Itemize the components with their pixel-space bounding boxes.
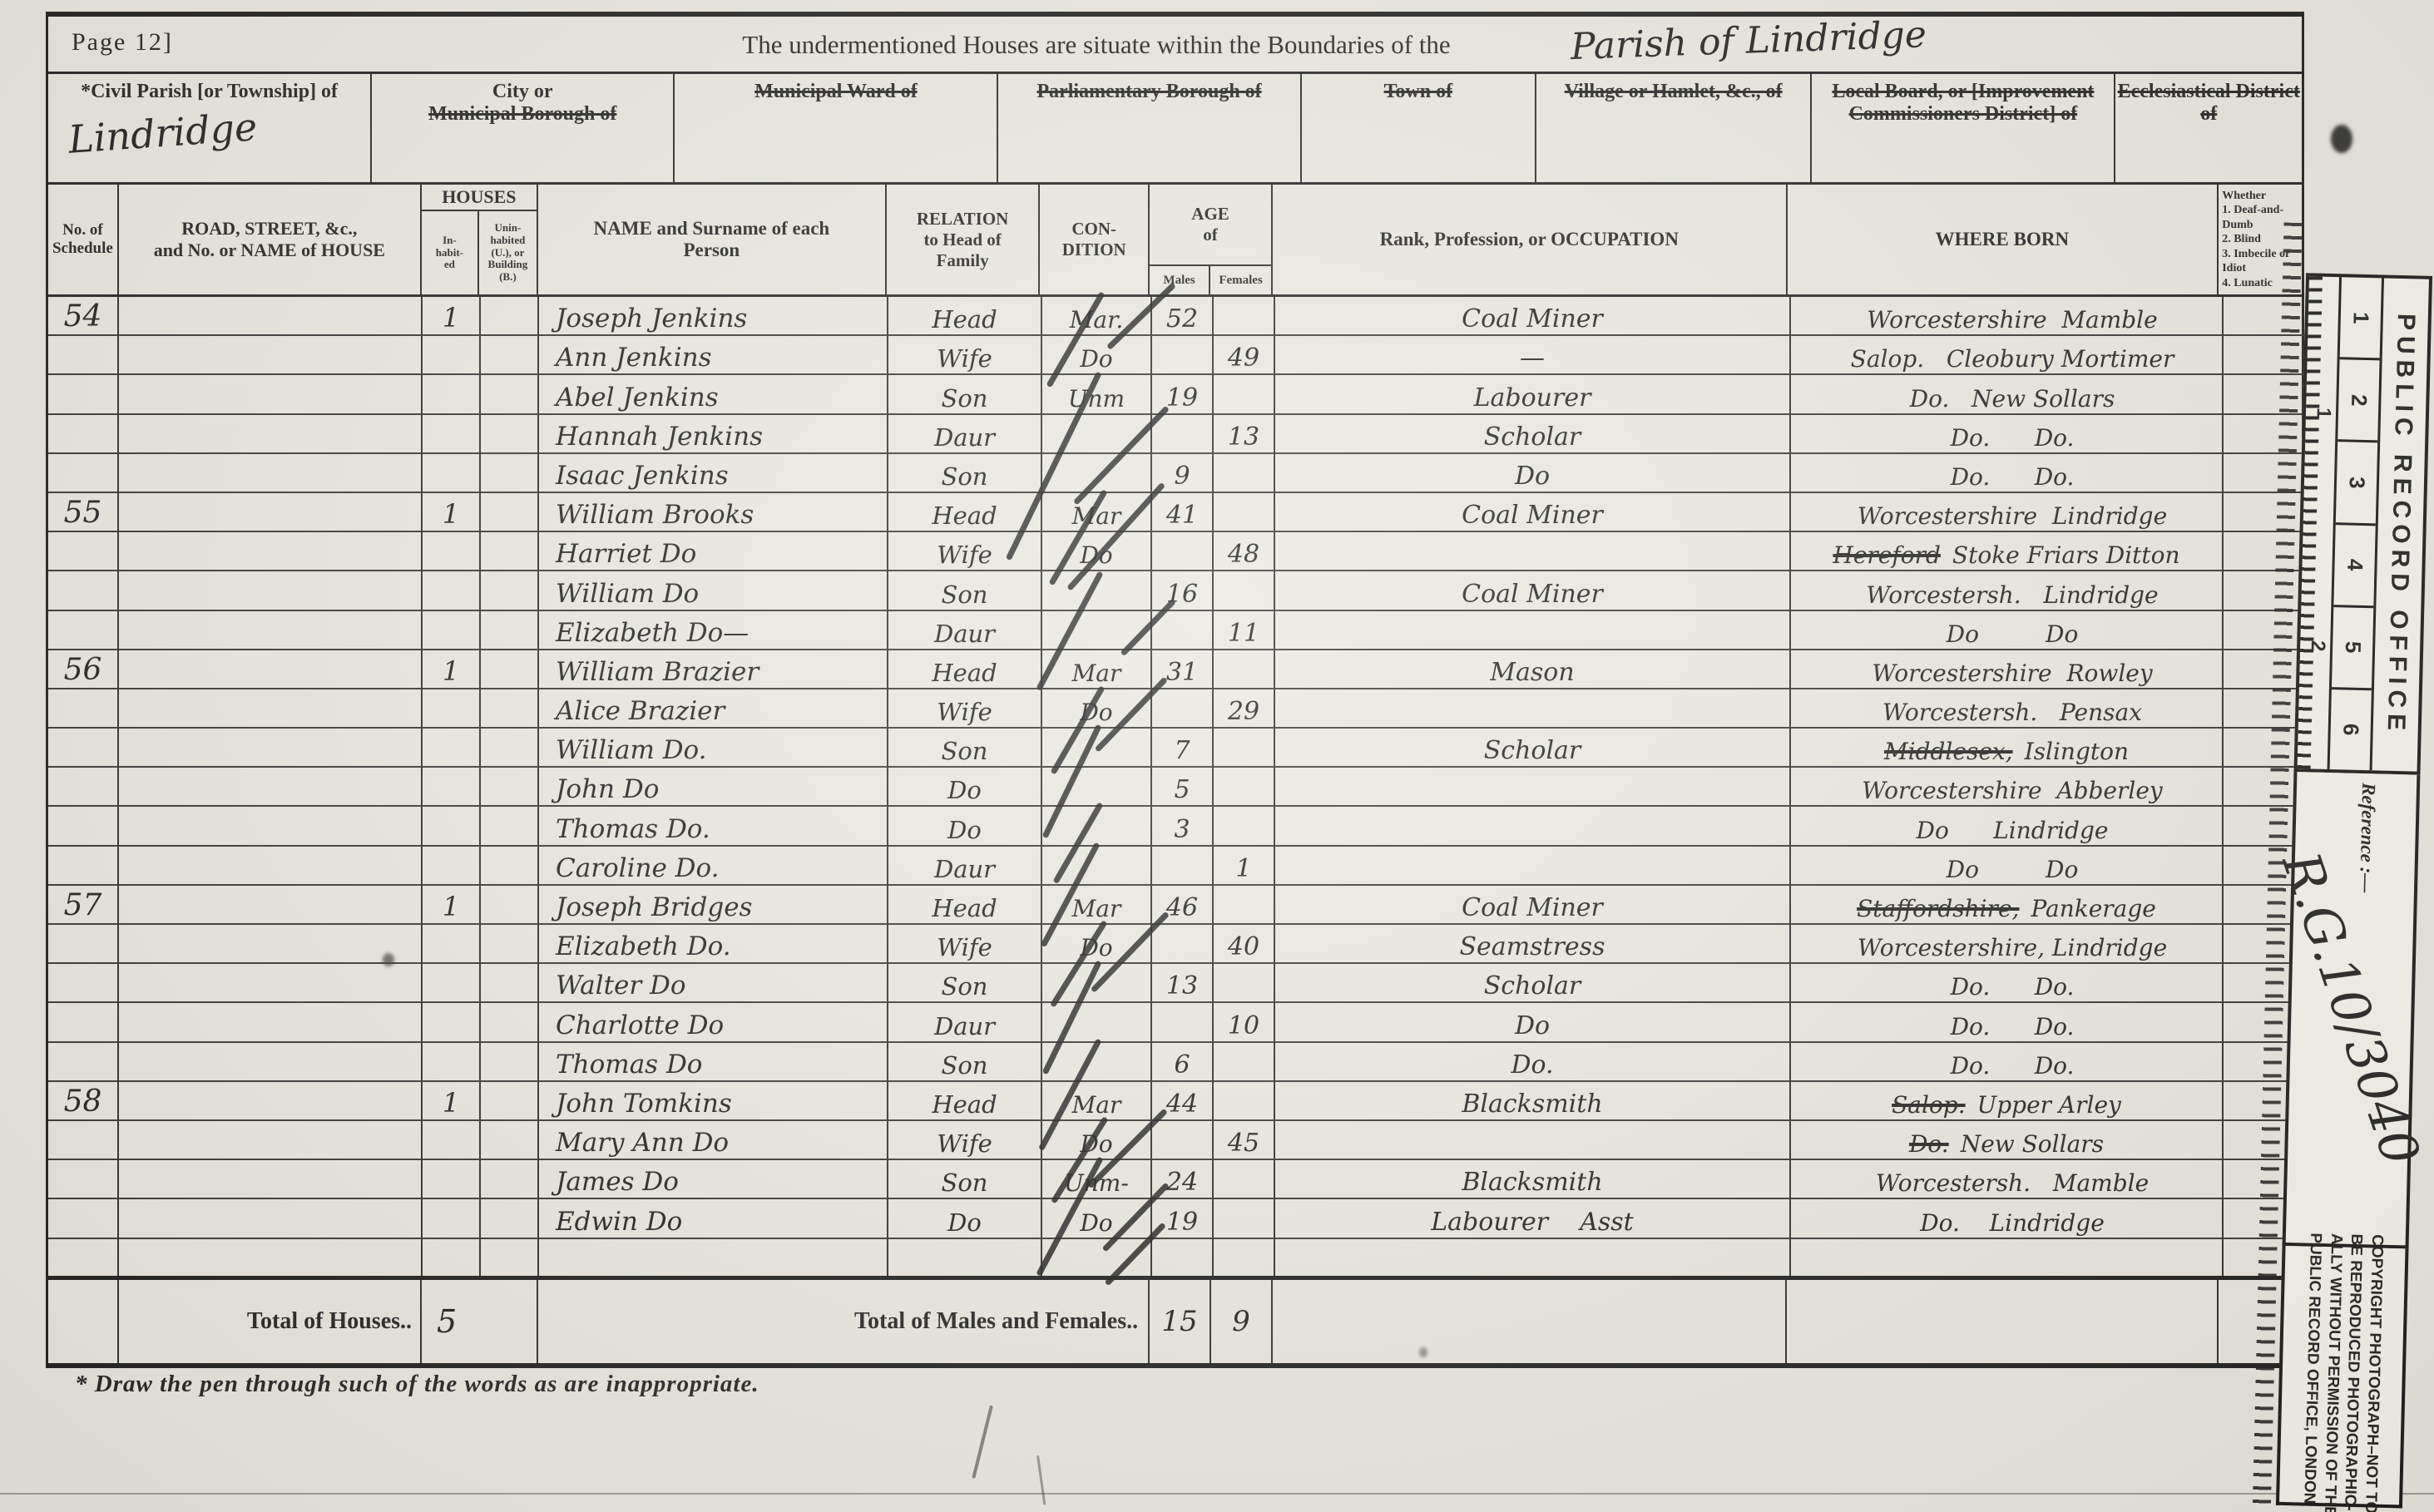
- cell-schedule: [48, 847, 119, 886]
- cell-road: [119, 807, 423, 846]
- where-born-text: Do Lindridge: [1917, 817, 2109, 844]
- total-mf-label: Total of Males and Females..: [538, 1280, 1150, 1363]
- totals-born-cell: [1787, 1280, 2219, 1363]
- cell-schedule: [48, 1003, 119, 1042]
- pro-office-label: PUBLIC RECORD OFFICE: [2382, 314, 2420, 737]
- where-born-text: Worcestershire Lindridge: [1858, 502, 2167, 530]
- cell-relation: Son: [888, 571, 1042, 610]
- cell-where-born: Do Do: [1791, 847, 2224, 886]
- header-name: NAME and Surname of each Person: [538, 185, 887, 294]
- cell-uninhabited: [481, 611, 539, 650]
- cell-age-males: 52: [1152, 297, 1214, 336]
- cell-relation: Daur: [888, 415, 1042, 454]
- cell-relation: Son: [888, 1043, 1042, 1082]
- cell-uninhabited: [481, 297, 539, 336]
- cell-age-males: [1152, 336, 1214, 375]
- cell-filler: [423, 1239, 481, 1277]
- cell-name: Joseph Bridges: [539, 886, 888, 925]
- cell-inhabited: [423, 689, 481, 729]
- cell-inhabited: [423, 454, 481, 493]
- cell-occupation: [1275, 1121, 1791, 1160]
- where-born-text: Upper Arley: [1977, 1091, 2121, 1119]
- cell-occupation: Coal Miner: [1275, 886, 1791, 925]
- where-born-struck: Staffordshire,: [1857, 895, 2019, 922]
- where-born-text: Worcestershire, Lindridge: [1858, 934, 2167, 961]
- cell-schedule: [48, 729, 119, 768]
- cell-relation: Head: [888, 1082, 1042, 1121]
- geo-label-struck: Town of: [1302, 81, 1535, 103]
- cell-filler: [119, 1239, 423, 1277]
- cell-schedule: [48, 454, 119, 493]
- cell-occupation: [1275, 611, 1791, 650]
- geo-label-struck: Village or Hamlet, &c., of: [1536, 81, 1810, 103]
- cell-filler: [1791, 1239, 2224, 1277]
- cell-occupation: Seamstress: [1275, 925, 1791, 964]
- stamp-cell-1: 1: [2340, 277, 2382, 360]
- cell-occupation: [1275, 807, 1791, 846]
- cell-age-males: 5: [1152, 768, 1214, 807]
- cell-road: [119, 493, 423, 532]
- where-born-text: Salop. Cleobury Mortimer: [1851, 345, 2174, 373]
- cell-age-males: 19: [1152, 1199, 1214, 1238]
- cell-road: [119, 336, 423, 375]
- header-occupation: Rank, Profession, or OCCUPATION: [1273, 185, 1787, 294]
- cell-occupation: Blacksmith: [1275, 1082, 1791, 1121]
- cell-occupation: Do.: [1275, 1043, 1791, 1082]
- cell-inhabited: [423, 1043, 481, 1082]
- cell-filler: [481, 1239, 539, 1277]
- footnote: * Draw the pen through such of the words…: [75, 1371, 759, 1398]
- total-houses-label: Total of Houses..: [119, 1280, 422, 1363]
- cell-age-males: [1152, 847, 1214, 886]
- cell-name: Caroline Do.: [539, 847, 888, 886]
- cell-occupation: Coal Miner: [1275, 571, 1791, 610]
- where-born-struck: Salop.: [1892, 1091, 1966, 1119]
- geo-label-plain: *Civil Parish [or Township] of: [48, 81, 370, 103]
- header-relation: RELATION to Head of Family: [887, 185, 1041, 294]
- reference-label: Reference :—: [2355, 783, 2379, 893]
- cell-age-females: [1214, 886, 1275, 925]
- totals-schedule-cell: [48, 1280, 119, 1363]
- cell-age-females: [1214, 964, 1275, 1003]
- cell-occupation: [1275, 689, 1791, 729]
- stamp-cell-number: 1: [2347, 311, 2373, 324]
- geo-field-5: Village or Hamlet, &c., of: [1536, 74, 1812, 182]
- cell-where-born: Worcestershire Abberley: [1791, 768, 2224, 807]
- stamp-cell-number: 5: [2339, 641, 2365, 654]
- cell-road: [119, 532, 423, 571]
- cell-name: William Brazier: [539, 650, 888, 689]
- cell-where-born: Middlesex,Islington: [1791, 729, 2224, 768]
- cell-where-born: Do. Do.: [1791, 1043, 2224, 1082]
- cell-occupation: Scholar: [1275, 415, 1791, 454]
- cell-schedule: [48, 807, 119, 846]
- pro-office-box: 1 2 123456 PUBLIC RECORD OFFICE: [2293, 273, 2432, 775]
- cell-uninhabited: [481, 886, 539, 925]
- cell-road: [119, 375, 423, 414]
- geo-field-3: Parliamentary Borough of: [998, 74, 1301, 182]
- where-born-text: Worcestersh. Lindridge: [1866, 581, 2158, 609]
- cell-name: Mary Ann Do: [539, 1121, 888, 1160]
- cell-relation: Wife: [888, 689, 1042, 729]
- cell-age-males: [1152, 415, 1214, 454]
- cell-schedule: [48, 1199, 119, 1238]
- cell-name: Thomas Do.: [539, 807, 888, 846]
- cell-inhabited: [423, 768, 481, 807]
- cell-name: Alice Brazier: [539, 689, 888, 729]
- cell-age-females: 29: [1214, 689, 1275, 729]
- cell-where-born: Worcestersh. Pensax: [1791, 689, 2224, 729]
- geo-field-2: Municipal Ward of: [675, 74, 998, 182]
- cell-age-males: 3: [1152, 807, 1214, 846]
- cell-uninhabited: [481, 415, 539, 454]
- stamp-cell-number: 6: [2338, 724, 2363, 736]
- totals-row: Total of Houses.. 5 Total of Males and F…: [48, 1276, 2302, 1363]
- cell-where-born: Do. Lindridge: [1791, 1199, 2224, 1238]
- cell-road: [119, 571, 423, 610]
- cell-schedule: 55: [48, 493, 119, 532]
- where-born-text: Do Do: [1947, 856, 2079, 883]
- cell-name: James Do: [539, 1160, 888, 1199]
- cell-uninhabited: [481, 1121, 539, 1160]
- cell-where-born: Salop.Upper Arley: [1791, 1082, 2224, 1121]
- cell-road: [119, 1003, 423, 1042]
- cell-road: [119, 415, 423, 454]
- cell-uninhabited: [481, 1199, 539, 1238]
- header-where-born: WHERE BORN: [1788, 185, 2219, 294]
- cell-road: [119, 1199, 423, 1238]
- cell-inhabited: 1: [423, 886, 481, 925]
- header-uninhabited: Unin- habited (U.), or Building (B.): [479, 211, 537, 294]
- header-schedule: No. of Schedule: [48, 185, 119, 294]
- where-born-text: Worcestershire Rowley: [1872, 660, 2152, 687]
- cell-where-born: Do. Do.: [1791, 1003, 2224, 1042]
- cell-where-born: Worcestershire Rowley: [1791, 650, 2224, 689]
- total-houses-value: 5: [422, 1280, 538, 1363]
- cell-age-females: [1214, 375, 1275, 414]
- cell-name: Hannah Jenkins: [539, 415, 888, 454]
- stamp-cell-6: 6: [2330, 689, 2372, 770]
- cell-uninhabited: [481, 493, 539, 532]
- where-born-text: Worcestershire Abberley: [1862, 777, 2162, 804]
- header-road: ROAD, STREET, &c., and No. or NAME of HO…: [119, 185, 422, 294]
- where-born-text: Islington: [2025, 738, 2129, 765]
- cell-uninhabited: [481, 768, 539, 807]
- cell-name: Charlotte Do: [539, 1003, 888, 1042]
- cell-age-males: 41: [1152, 493, 1214, 532]
- where-born-text: Do. Do.: [1951, 1052, 2075, 1080]
- where-born-text: Stoke Friars Ditton: [1952, 541, 2180, 569]
- cell-age-males: [1152, 1003, 1214, 1042]
- cell-disability: [2224, 611, 2307, 650]
- cell-schedule: [48, 532, 119, 571]
- stamp-cell-4: 4: [2333, 525, 2375, 608]
- cell-age-females: [1214, 1043, 1275, 1082]
- where-born-text: Do. Do.: [1951, 1013, 2075, 1040]
- where-born-text: Worcestersh. Pensax: [1882, 699, 2142, 726]
- cell-age-females: [1214, 807, 1275, 846]
- cell-uninhabited: [481, 571, 539, 610]
- cell-schedule: [48, 336, 119, 375]
- cell-schedule: 58: [48, 1082, 119, 1121]
- where-born-text: Do. New Sollars: [1910, 385, 2115, 413]
- ink-smudge: [1419, 1347, 1427, 1357]
- header-houses-title: HOUSES: [422, 185, 537, 211]
- cell-age-females: [1214, 1082, 1275, 1121]
- geo-label-struck: Municipal Ward of: [675, 81, 997, 103]
- cell-inhabited: [423, 925, 481, 964]
- cell-name: John Do: [539, 768, 888, 807]
- header-condition: CON- DITION: [1040, 185, 1150, 294]
- stamp-cell-5: 5: [2332, 607, 2373, 690]
- cell-schedule: 54: [48, 297, 119, 336]
- cell-schedule: [48, 1043, 119, 1082]
- cell-relation: Son: [888, 1160, 1042, 1199]
- cell-where-born: Do. New Sollars: [1791, 375, 2224, 414]
- stamp-cell-number: 2: [2346, 393, 2372, 406]
- copyright-box: COPYRIGHT PHOTOGRAPH–NOT TO BE REPRODUCE…: [2276, 1246, 2409, 1509]
- cell-relation: Head: [888, 886, 1042, 925]
- cell-road: [119, 1121, 423, 1160]
- cell-relation: Daur: [888, 611, 1042, 650]
- where-born-text: Worcestersh. Mamble: [1876, 1169, 2149, 1197]
- geo-handwritten-value: Lindridge: [67, 104, 258, 162]
- header-males: Males: [1150, 266, 1210, 294]
- where-born-struck: Middlesex,: [1884, 738, 2013, 765]
- cell-name: Elizabeth Do.: [539, 925, 888, 964]
- cell-name: Abel Jenkins: [539, 375, 888, 414]
- copyright-text: COPYRIGHT PHOTOGRAPH–NOT TO BE REPRODUCE…: [2298, 1233, 2387, 1512]
- cell-road: [119, 964, 423, 1003]
- form-title: The undermentioned Houses are situate wi…: [585, 30, 1608, 60]
- cell-where-born: Salop. Cleobury Mortimer: [1791, 336, 2224, 375]
- cell-road: [119, 650, 423, 689]
- header-age: AGE of Males Females: [1150, 185, 1273, 294]
- cell-relation: Daur: [888, 847, 1042, 886]
- ruler-number: 2: [2306, 640, 2329, 652]
- cell-occupation: Labourer: [1275, 375, 1791, 414]
- cell-relation: Head: [888, 650, 1042, 689]
- header-houses: HOUSES In- habit- ed Unin- habited (U.),…: [422, 185, 538, 294]
- cell-inhabited: [423, 1199, 481, 1238]
- stray-pen-mark: [972, 1406, 993, 1479]
- cell-occupation: —: [1275, 336, 1791, 375]
- cell-inhabited: [423, 807, 481, 846]
- ruler-number: 1: [2312, 408, 2335, 419]
- cell-occupation: Do: [1275, 454, 1791, 493]
- stamp-cell-number: 3: [2343, 477, 2369, 489]
- cell-where-born: Do Lindridge: [1791, 807, 2224, 846]
- cell-age-females: [1214, 1160, 1275, 1199]
- cell-uninhabited: [481, 650, 539, 689]
- cell-occupation: Mason: [1275, 650, 1791, 689]
- cell-age-females: 13: [1214, 415, 1275, 454]
- cell-occupation: Labourer Asst: [1275, 1199, 1791, 1238]
- cell-where-born: Worcestershire Mamble: [1791, 297, 2224, 336]
- cell-occupation: [1275, 768, 1791, 807]
- cell-relation: Do: [888, 807, 1042, 846]
- cell-where-born: HerefordStoke Friars Ditton: [1791, 532, 2224, 571]
- geo-label-struck: Municipal Borough of: [372, 103, 673, 126]
- cell-road: [119, 1160, 423, 1199]
- cell-relation: Son: [888, 454, 1042, 493]
- cell-occupation: Do: [1275, 1003, 1791, 1042]
- cell-filler: [539, 1239, 888, 1277]
- cell-relation: Do: [888, 1199, 1042, 1238]
- where-born-text: Do. Lindridge: [1920, 1209, 2105, 1237]
- cell-relation: Head: [888, 493, 1042, 532]
- cell-uninhabited: [481, 689, 539, 729]
- cell-name: Ann Jenkins: [539, 336, 888, 375]
- cell-age-females: [1214, 454, 1275, 493]
- cell-uninhabited: [481, 925, 539, 964]
- census-form: Page 12] The undermentioned Houses are s…: [46, 12, 2304, 1368]
- where-born-text: Worcestershire Mamble: [1867, 306, 2157, 334]
- cell-road: [119, 297, 423, 336]
- cell-name: William Brooks: [539, 493, 888, 532]
- cell-occupation: Coal Miner: [1275, 493, 1791, 532]
- cell-age-females: 40: [1214, 925, 1275, 964]
- cell-schedule: [48, 768, 119, 807]
- cell-inhabited: 1: [423, 650, 481, 689]
- cell-name: Isaac Jenkins: [539, 454, 888, 493]
- cell-inhabited: [423, 847, 481, 886]
- where-born-text: Do. Do.: [1951, 424, 2075, 452]
- cell-road: [119, 1082, 423, 1121]
- cell-age-females: [1214, 1199, 1275, 1238]
- cell-occupation: Blacksmith: [1275, 1160, 1791, 1199]
- header-inhabited: In- habit- ed: [422, 211, 479, 294]
- cell-inhabited: [423, 964, 481, 1003]
- cell-road: [119, 886, 423, 925]
- cell-uninhabited: [481, 964, 539, 1003]
- cell-inhabited: [423, 415, 481, 454]
- cell-inhabited: [423, 336, 481, 375]
- cell-filler: [888, 1239, 1042, 1277]
- cell-age-females: [1214, 650, 1275, 689]
- where-born-text: Do. Do.: [1951, 463, 2075, 491]
- page-edge-line: [0, 1493, 2434, 1495]
- cell-where-born: Staffordshire,Pankerage: [1791, 886, 2224, 925]
- cell-road: [119, 611, 423, 650]
- cell-name: Thomas Do: [539, 1043, 888, 1082]
- cell-schedule: [48, 375, 119, 414]
- cell-road: [119, 925, 423, 964]
- cell-schedule: [48, 1160, 119, 1199]
- cell-uninhabited: [481, 1082, 539, 1121]
- cell-filler: [48, 1239, 119, 1277]
- cell-uninhabited: [481, 1043, 539, 1082]
- cell-name: Harriet Do: [539, 532, 888, 571]
- cell-inhabited: [423, 571, 481, 610]
- cell-relation: Wife: [888, 336, 1042, 375]
- geo-label-struck: Local Board, or [Improvement Commissione…: [1812, 81, 2114, 126]
- cell-filler: [1214, 1239, 1275, 1277]
- cell-relation: Son: [888, 964, 1042, 1003]
- geo-label-struck: Parliamentary Borough of: [998, 81, 1299, 103]
- cell-occupation: [1275, 532, 1791, 571]
- reference-value: R.G.10/3040: [2271, 845, 2432, 1173]
- cell-age-females: [1214, 493, 1275, 532]
- cell-uninhabited: [481, 532, 539, 571]
- cell-occupation: [1275, 847, 1791, 886]
- cell-road: [119, 768, 423, 807]
- header-females: Females: [1210, 266, 1271, 294]
- cell-age-males: 13: [1152, 964, 1214, 1003]
- cell-disability: [2224, 571, 2307, 610]
- cell-where-born: Do. Do.: [1791, 415, 2224, 454]
- cell-relation: Head: [888, 297, 1042, 336]
- cell-age-females: 1: [1214, 847, 1275, 886]
- where-born-text: Do. Do.: [1951, 973, 2075, 1001]
- cell-inhabited: [423, 532, 481, 571]
- title-band: Page 12] The undermentioned Houses are s…: [48, 17, 2302, 74]
- cell-where-born: Do. Do.: [1791, 454, 2224, 493]
- cell-name: Elizabeth Do—: [539, 611, 888, 650]
- stamp-cell-2: 2: [2338, 359, 2379, 442]
- stray-pen-mark: [1036, 1455, 1046, 1505]
- cell-name: William Do.: [539, 729, 888, 768]
- geo-field-4: Town of: [1302, 74, 1536, 182]
- geo-field-1: City orMunicipal Borough of: [372, 74, 675, 182]
- cell-filler: [1152, 1239, 1214, 1277]
- cell-where-born: Worcestershire, Lindridge: [1791, 925, 2224, 964]
- cell-uninhabited: [481, 729, 539, 768]
- cell-where-born: Do Do: [1791, 611, 2224, 650]
- total-females-value: 9: [1211, 1280, 1273, 1363]
- cell-where-born: Do. Do.: [1791, 964, 2224, 1003]
- cell-occupation: Coal Miner: [1275, 297, 1791, 336]
- cell-age-females: [1214, 297, 1275, 336]
- ink-smudge: [2331, 125, 2352, 153]
- geo-label-struck: Ecclesiastical District of: [2115, 81, 2302, 126]
- cell-relation: Son: [888, 729, 1042, 768]
- cell-schedule: 57: [48, 886, 119, 925]
- cell-relation: Daur: [888, 1003, 1042, 1042]
- cell-schedule: [48, 689, 119, 729]
- cell-road: [119, 847, 423, 886]
- cell-inhabited: [423, 729, 481, 768]
- cell-schedule: [48, 571, 119, 610]
- cell-inhabited: 1: [423, 493, 481, 532]
- census-sheet: Page 12] The undermentioned Houses are s…: [0, 0, 2434, 1512]
- cell-age-males: [1152, 1121, 1214, 1160]
- cell-name: Edwin Do: [539, 1199, 888, 1238]
- cell-age-males: 16: [1152, 571, 1214, 610]
- cell-uninhabited: [481, 336, 539, 375]
- cell-road: [119, 729, 423, 768]
- cell-schedule: [48, 1121, 119, 1160]
- cell-uninhabited: [481, 1160, 539, 1199]
- cell-schedule: [48, 415, 119, 454]
- cell-relation: Do: [888, 768, 1042, 807]
- geo-label-plain: City or: [372, 81, 673, 103]
- cell-age-males: [1152, 532, 1214, 571]
- where-born-struck: Hereford: [1833, 541, 1940, 569]
- cell-inhabited: [423, 375, 481, 414]
- cell-age-females: [1214, 571, 1275, 610]
- geo-field-7: Ecclesiastical District of: [2115, 74, 2302, 182]
- cell-age-females: 11: [1214, 611, 1275, 650]
- cell-age-females: 10: [1214, 1003, 1275, 1042]
- where-born-text: Do Do: [1947, 620, 2079, 648]
- cell-relation: Wife: [888, 1121, 1042, 1160]
- cell-inhabited: [423, 1121, 481, 1160]
- cell-schedule: [48, 611, 119, 650]
- cell-name: William Do: [539, 571, 888, 610]
- reference-box: Reference :— R.G.10/3040: [2283, 772, 2421, 1249]
- cell-age-females: [1214, 729, 1275, 768]
